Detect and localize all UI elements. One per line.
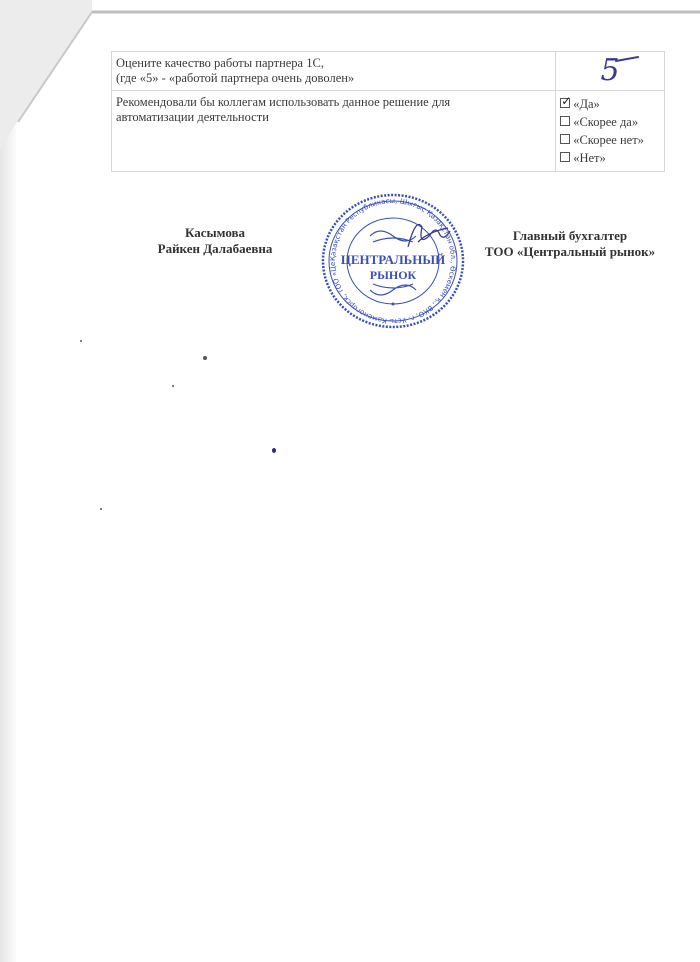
question-text: Оцените качество работы партнера 1С,	[116, 56, 551, 71]
svg-text:ЦЕНТРАЛЬНЫЙ: ЦЕНТРАЛЬНЫЙ	[341, 252, 446, 267]
option-rather-yes[interactable]: «Скорее да»	[560, 113, 660, 131]
question-text: (где «5» - «работой партнера очень довол…	[116, 71, 551, 86]
speck	[203, 356, 207, 360]
answer-cell: 5	[556, 52, 665, 91]
checkbox-empty-icon[interactable]	[560, 116, 570, 126]
speck	[272, 448, 276, 453]
option-rather-no[interactable]: «Скорее нет»	[560, 131, 660, 149]
speck	[80, 340, 82, 342]
company-stamp-icon: Қазақстан Республикасы, Шығыс Қазақстан …	[318, 192, 468, 330]
scan-edge	[0, 0, 16, 962]
question-text: Рекомендовали бы коллегам использовать д…	[116, 95, 551, 110]
option-no[interactable]: «Нет»	[560, 149, 660, 167]
survey-table: Оцените качество работы партнера 1С, (гд…	[111, 51, 665, 172]
signatory-position: Главный бухгалтер ТОО «Центральный рынок…	[470, 228, 670, 260]
checkbox-empty-icon[interactable]	[560, 134, 570, 144]
answer-cell: «Да» «Скорее да» «Скорее нет» «Нет»	[556, 91, 665, 172]
document-page: Оцените качество работы партнера 1С, (гд…	[0, 0, 700, 962]
speck	[100, 508, 102, 510]
option-yes[interactable]: «Да»	[560, 95, 660, 113]
table-row: Рекомендовали бы коллегам использовать д…	[112, 91, 665, 172]
svg-text:РЫНОК: РЫНОК	[370, 268, 417, 282]
question-cell: Оцените качество работы партнера 1С, (гд…	[112, 52, 556, 91]
handwritten-grade: 5	[560, 56, 660, 86]
checkbox-checked-icon[interactable]	[560, 98, 570, 108]
question-cell: Рекомендовали бы коллегам использовать д…	[112, 91, 556, 172]
table-row: Оцените качество работы партнера 1С, (гд…	[112, 52, 665, 91]
checkbox-empty-icon[interactable]	[560, 152, 570, 162]
question-text: автоматизации деятельности	[116, 110, 551, 125]
signatory-name: Касымова Райкен Далабаевна	[140, 225, 290, 257]
speck	[172, 385, 174, 387]
